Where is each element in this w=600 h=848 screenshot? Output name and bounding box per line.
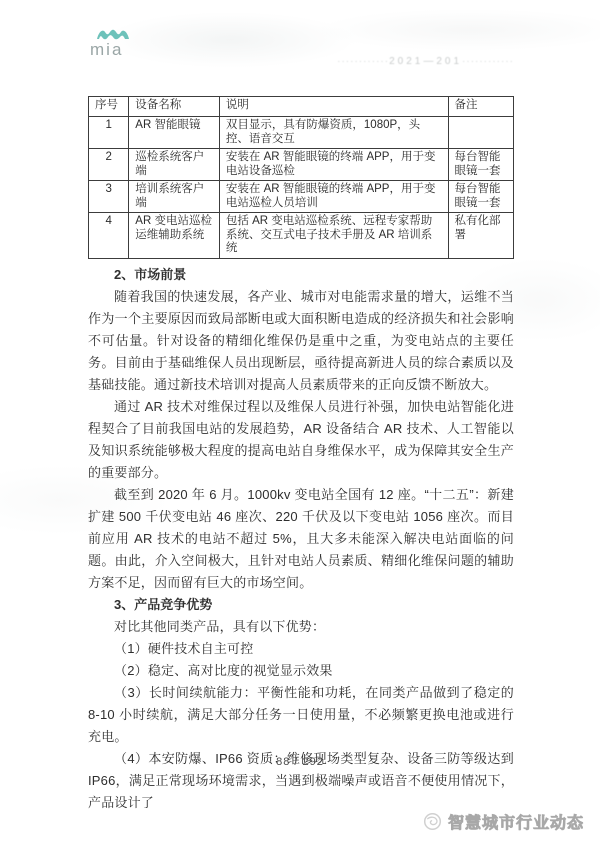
cell-note: 每台智能眼镜一套 bbox=[448, 181, 513, 213]
cell-device: 巡检系统客户端 bbox=[129, 149, 220, 181]
mia-logo: mia bbox=[90, 26, 160, 58]
table-row: 1 AR 智能眼镜 双目显示，具有防爆资质，1080P，头控、语音交互 bbox=[89, 117, 514, 149]
cell-index: 3 bbox=[89, 181, 129, 213]
col-header-device: 设备名称 bbox=[129, 97, 220, 117]
paragraph: 随着我国的快速发展，各产业、城市对电能需求量的增大，运维不当作为一个主要原因而致… bbox=[88, 286, 514, 396]
document-page: mia 2021—201 序号 设备名称 说明 备注 1 AR 智能眼镜 双目显… bbox=[0, 0, 600, 848]
header-watermark: 2021—201 bbox=[337, 56, 514, 67]
col-header-index: 序号 bbox=[89, 97, 129, 117]
page-number: 88 / 292 bbox=[0, 756, 600, 768]
list-item: （3）长时间续航能力：平衡性能和功耗，在同类产品做到了稳定的 8-10 小时续航… bbox=[88, 682, 514, 748]
section-intro: 对比其他同类产品，具有以下优势： bbox=[88, 616, 514, 638]
table-header-row: 序号 设备名称 说明 备注 bbox=[89, 97, 514, 117]
cell-device: AR 变电站巡检运维辅助系统 bbox=[129, 213, 220, 259]
table-row: 4 AR 变电站巡检运维辅助系统 包括 AR 变电站巡检系统、远程专家帮助系统、… bbox=[89, 213, 514, 259]
col-header-description: 说明 bbox=[219, 97, 448, 117]
cell-description: 安装在 AR 智能眼镜的终端 APP，用于变电站设备巡检 bbox=[219, 149, 448, 181]
col-header-note: 备注 bbox=[448, 97, 513, 117]
cell-note: 每台智能眼镜一套 bbox=[448, 149, 513, 181]
cell-device: 培训系统客户端 bbox=[129, 181, 220, 213]
section-heading-advantage: 3、产品竞争优势 bbox=[88, 594, 514, 616]
swirl-globe-icon bbox=[423, 812, 442, 831]
cell-note bbox=[448, 117, 513, 149]
paragraph: 通过 AR 技术对维保过程以及维保人员进行补强，加快电站智能化进程契合了目前我国… bbox=[88, 396, 514, 484]
cell-device: AR 智能眼镜 bbox=[129, 117, 220, 149]
cell-index: 1 bbox=[89, 117, 129, 149]
page-header: mia 2021—201 bbox=[88, 0, 514, 96]
section-heading-market: 2、市场前景 bbox=[88, 264, 514, 286]
mia-logo-text: mia bbox=[90, 42, 160, 58]
cell-note: 私有化部署 bbox=[448, 213, 513, 259]
cell-index: 2 bbox=[89, 149, 129, 181]
list-item: （2）稳定、高对比度的视觉显示效果 bbox=[88, 660, 514, 682]
footer-brand: 智慧城市行业动态 bbox=[423, 810, 584, 833]
footer-brand-text: 智慧城市行业动态 bbox=[448, 810, 584, 833]
table-row: 3 培训系统客户端 安装在 AR 智能眼镜的终端 APP，用于变电站巡检人员培训… bbox=[89, 181, 514, 213]
cell-description: 包括 AR 变电站巡检系统、远程专家帮助系统、交互式电子技术手册及 AR 培训系… bbox=[219, 213, 448, 259]
equipment-table: 序号 设备名称 说明 备注 1 AR 智能眼镜 双目显示，具有防爆资质，1080… bbox=[88, 96, 514, 259]
document-body: 2、市场前景 随着我国的快速发展，各产业、城市对电能需求量的增大，运维不当作为一… bbox=[88, 264, 514, 814]
paragraph: 截至到 2020 年 6 月。1000kv 变电站全国有 12 座。“十二五”：… bbox=[88, 484, 514, 594]
list-item: （1）硬件技术自主可控 bbox=[88, 638, 514, 660]
cell-description: 安装在 AR 智能眼镜的终端 APP，用于变电站巡检人员培训 bbox=[219, 181, 448, 213]
table-row: 2 巡检系统客户端 安装在 AR 智能眼镜的终端 APP，用于变电站设备巡检 每… bbox=[89, 149, 514, 181]
cell-index: 4 bbox=[89, 213, 129, 259]
cell-description: 双目显示，具有防爆资质，1080P，头控、语音交互 bbox=[219, 117, 448, 149]
